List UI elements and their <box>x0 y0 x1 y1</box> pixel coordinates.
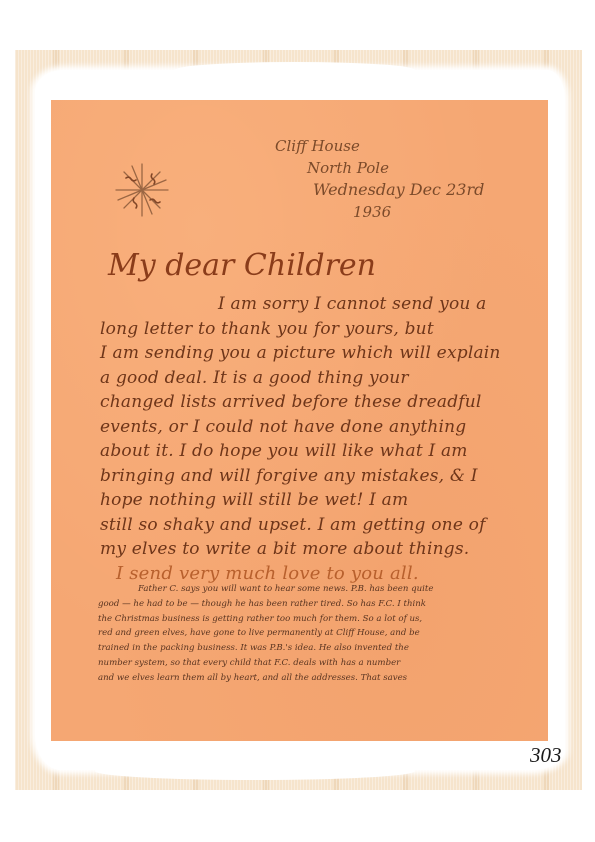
sun-sketch-icon <box>112 160 172 220</box>
body-line: a good deal. It is a good thing your <box>100 366 540 391</box>
body-line: about it. I do hope you will like what I… <box>100 439 540 464</box>
address-line-date: Wednesday Dec 23rd <box>313 179 484 201</box>
postscript-line: red and green elves, have gone to live p… <box>98 626 543 641</box>
letter-postscript: Father C. says you will want to hear som… <box>98 582 543 686</box>
body-line: still so shaky and upset. I am getting o… <box>100 513 540 538</box>
letter-address: Cliff House North Pole Wednesday Dec 23r… <box>275 135 484 223</box>
body-line: my elves to write a bit more about thing… <box>100 537 540 562</box>
body-line: hope nothing will still be wet! I am <box>100 488 540 513</box>
body-line: I am sending you a picture which will ex… <box>100 341 540 366</box>
postscript-line: the Christmas business is getting rather… <box>98 612 543 627</box>
postscript-line: and we elves learn them all by heart, an… <box>98 671 543 686</box>
postscript-line: good — he had to be — though he has been… <box>98 597 543 612</box>
body-line: long letter to thank you for yours, but <box>100 317 540 342</box>
body-line: bringing and will forgive any mistakes, … <box>100 464 540 489</box>
body-line: I am sorry I cannot send you a <box>100 292 540 317</box>
postscript-line: Father C. says you will want to hear som… <box>98 582 543 597</box>
address-line-house: Cliff House <box>275 135 484 157</box>
postscript-line: number system, so that every child that … <box>98 656 543 671</box>
page-number: 303 <box>530 743 562 768</box>
address-line-place: North Pole <box>307 157 484 179</box>
letter-body: I am sorry I cannot send you a long lett… <box>100 292 540 586</box>
postscript-line: trained in the packing business. It was … <box>98 641 543 656</box>
body-line: events, or I could not have done anythin… <box>100 415 540 440</box>
letter-greeting: My dear Children <box>108 248 376 283</box>
address-line-year: 1936 <box>353 201 484 223</box>
body-line: changed lists arrived before these dread… <box>100 390 540 415</box>
